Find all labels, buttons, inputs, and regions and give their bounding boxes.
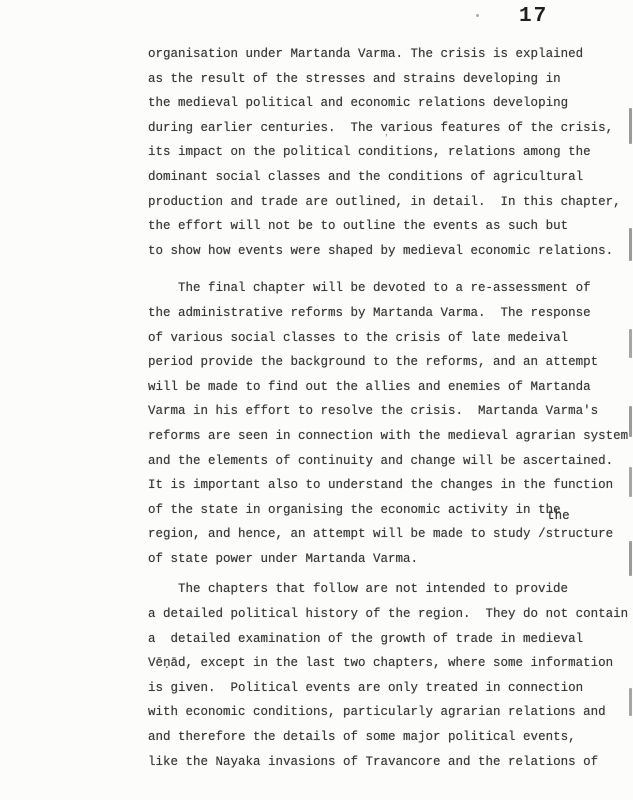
scan-edge-artifact [629,541,632,576]
text-line-with-insertion: region, and hence, an attempt will be ma… [148,522,630,547]
paragraph-1: organisation under Martanda Varma. The c… [148,42,630,263]
text-line: a detailed political history of the regi… [148,602,630,627]
scanned-document-page: 17 ʼ organisation under Martanda Varma. … [0,0,633,800]
text-line: as the result of the stresses and strain… [148,67,630,92]
text-line: like the Nayaka invasions of Travancore … [148,750,630,775]
scan-edge-artifact [629,108,632,144]
text-line: It is important also to understand the c… [148,473,630,498]
text-line: during earlier centuries. The various fe… [148,116,630,141]
text-line: production and trade are outlined, in de… [148,190,630,215]
text-line: of state power under Martanda Varma. [148,547,630,572]
scan-edge-artifact [629,329,632,358]
text-line: The final chapter will be devoted to a r… [148,276,630,301]
paragraph-3: The chapters that follow are not intende… [148,577,630,774]
text-line: will be made to find out the allies and … [148,375,630,400]
text-line: and therefore the details of some major … [148,725,630,750]
scan-edge-artifact [629,228,632,261]
ink-speck [476,14,479,17]
page-number: 17 [519,5,548,28]
text-line: its impact on the political conditions, … [148,140,630,165]
text-line: and the elements of continuity and chang… [148,449,630,474]
text-line: the effort will not be to outline the ev… [148,214,630,239]
text-line: the medieval political and economic rela… [148,91,630,116]
text-line: Varma in his effort to resolve the crisi… [148,399,630,424]
scan-edge-artifact [629,688,632,716]
text-line: organisation under Martanda Varma. The c… [148,42,630,67]
text-line: the administrative reforms by Martanda V… [148,301,630,326]
text-line: to show how events were shaped by mediev… [148,239,630,264]
line-text: /structure [538,527,613,541]
paragraph-2: The final chapter will be devoted to a r… [148,276,630,571]
text-line: with economic conditions, particularly a… [148,700,630,725]
interlinear-insertion: the [547,510,570,522]
body-text: organisation under Martanda Varma. The c… [148,42,630,774]
text-line: Vēṇād, except in the last two chapters, … [148,651,630,676]
line-text: region, and hence, an attempt will be ma… [148,527,538,541]
insertion-wrap: the/structure [538,522,613,547]
scan-edge-artifact [629,467,632,497]
text-line: reforms are seen in connection with the … [148,424,630,449]
text-line: dominant social classes and the conditio… [148,165,630,190]
text-line: of various social classes to the crisis … [148,326,630,351]
scan-edge-artifact [629,406,632,437]
text-line: The chapters that follow are not intende… [148,577,630,602]
text-line: a detailed examination of the growth of … [148,627,630,652]
text-line: is given. Political events are only trea… [148,676,630,701]
text-line: period provide the background to the ref… [148,350,630,375]
